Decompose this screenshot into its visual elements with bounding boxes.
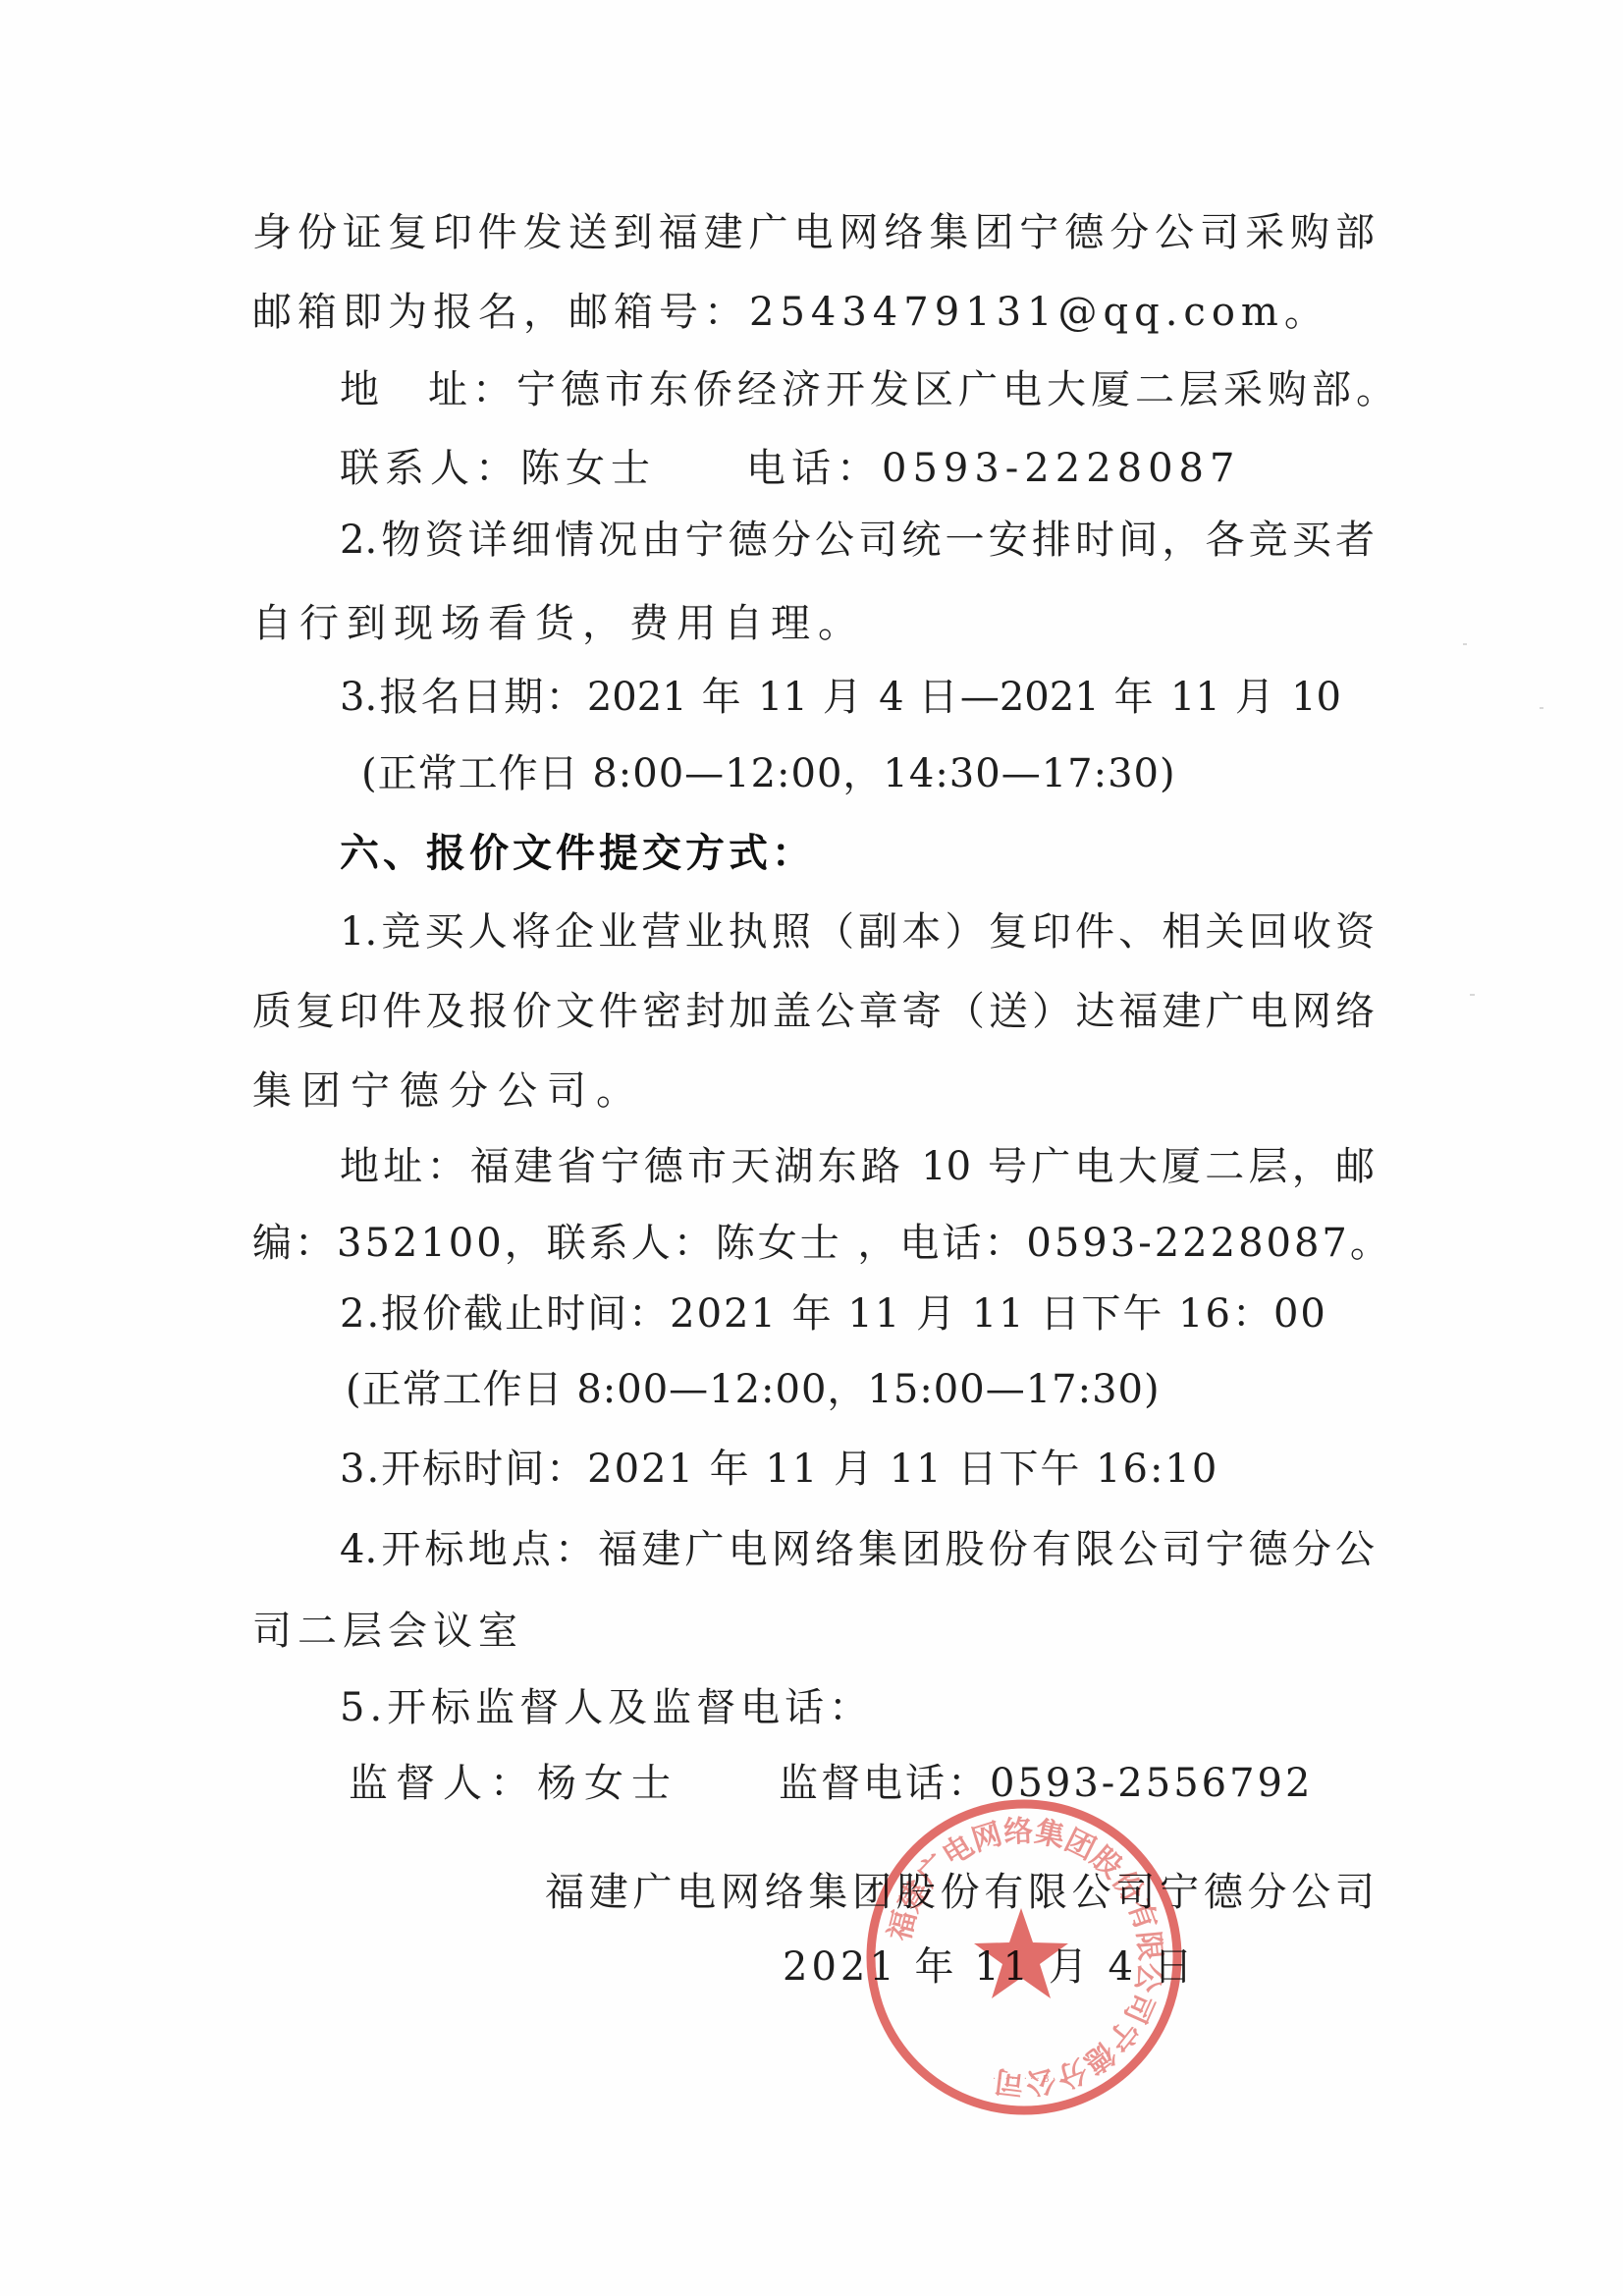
item-3-registration-date: 3.报名日期：2021 年 11 月 4 日—2021 年 11 月 10 日 [340,674,1341,721]
mailing-address-line-2: 编：352100，联系人：陈女士 ，电话：0593-2228087。 [252,1220,1392,1267]
scan-speck [1470,994,1475,996]
section-six-heading: 六、报价文件提交方式： [340,830,815,877]
item-2-line-2: 自行到现场看货，费用自理。 [252,600,865,647]
address-line: 地 址：宁德市东侨经济开发区广电大厦二层采购部。 [340,366,1400,413]
section-six-item-1-line-1: 1.竞买人将企业营业执照（副本）复印件、相关回收资 [340,908,1375,956]
supervisor-name: 监督人：杨女士 [349,1760,678,1807]
mailing-address-line-1: 地址：福建省宁德市天湖东路 10 号广电大厦二层，邮 [340,1143,1375,1190]
body-line-1: 身份证复印件发送到福建广电网络集团宁德分公司采购部 [252,209,1375,256]
quote-working-hours: (正常工作日 8:00—12:00，15:00—17:30) [346,1366,1161,1413]
bid-opening-location-line-1: 4.开标地点：福建广电网络集团股份有限公司宁德分公 [340,1526,1375,1573]
supervision-heading: 5.开标监督人及监督电话： [340,1684,873,1731]
signature-company: 福建广电网络集团股份有限公司宁德分公司 [545,1869,1375,1916]
body-line-2: 邮箱即为报名，邮箱号：2543479131@qq.com。 [252,289,1329,336]
document-page: 身份证复印件发送到福建广电网络集团宁德分公司采购部 邮箱即为报名，邮箱号：254… [0,0,1623,2296]
scan-speck [1540,707,1543,709]
bid-opening-location-line-2: 司二层会议室 [252,1608,523,1655]
contact-line: 联系人：陈女士 电话：0593-2228087 [340,445,1240,492]
bid-opening-time: 3.开标时间：2021 年 11 月 11 日下午 16:10 [340,1446,1218,1493]
quote-deadline: 2.报价截止时间：2021 年 11 月 11 日下午 16：00 [340,1290,1327,1338]
svg-text:· · · · · · · · B ·: · · · · · · · · B · [993,2074,1055,2085]
signature-date: 2021 年 11 月 4 日 [783,1943,1197,1991]
item-2-line-1: 2.物资详细情况由宁德分公司统一安排时间，各竞买者 [340,517,1375,564]
item-3-working-hours: (正常工作日 8:00—12:00，14:30—17:30) [361,750,1176,797]
section-six-item-1-line-3: 集团宁德分公司。 [252,1067,645,1115]
supervisor-phone: 监督电话：0593-2556792 [779,1760,1313,1807]
scan-speck [1463,643,1467,645]
section-six-item-1-line-2: 质复印件及报价文件密封加盖公章寄（送）达福建广电网络 [252,988,1375,1035]
